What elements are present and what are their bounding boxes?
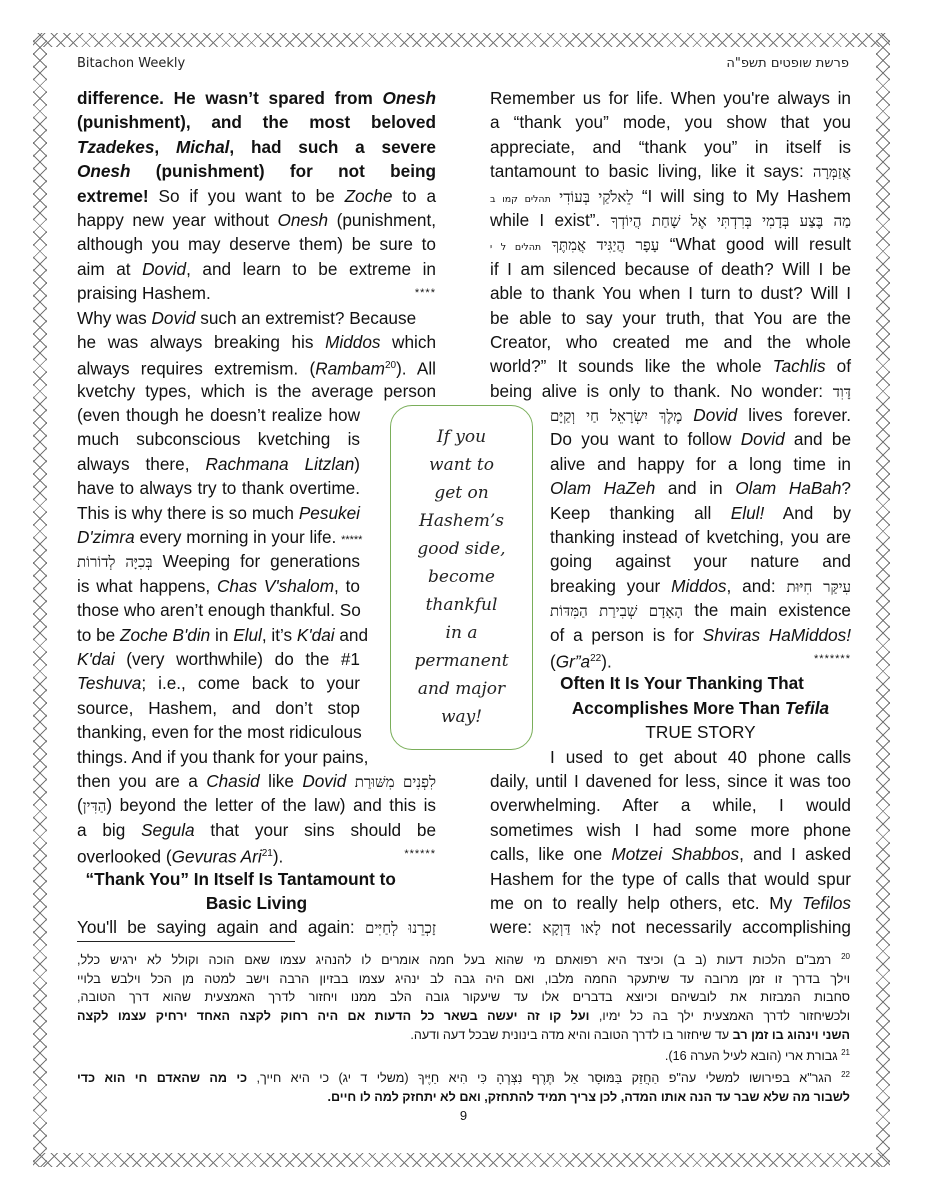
text-line: (even though he doesn’t realize how bbox=[77, 403, 360, 427]
section-heading: “Thank You” In Itself Is Tantamount to bbox=[77, 867, 436, 891]
text-line: תהלים קמו ב לֵאלֹקַי בְּעוֹדִי “I will s… bbox=[490, 184, 851, 208]
text-line: tantamount to basic living, like it says… bbox=[490, 159, 851, 183]
footnote-22: 22 הגר"א בפירושו למשלי עה"פ הַחֲזֵק בַּמ… bbox=[77, 1066, 850, 1088]
text-line: then you are a Chasid like Dovid לִפְנִי… bbox=[77, 769, 436, 793]
text-line: Olam HaZeh and in Olam HaBah? bbox=[490, 476, 851, 500]
text-line: Remember us for life. When you're always… bbox=[490, 86, 851, 110]
section-separator-stars: **** bbox=[415, 281, 436, 305]
border-left bbox=[33, 33, 47, 1167]
section-separator-stars: ****** bbox=[404, 842, 436, 866]
footnote-number: 20 bbox=[841, 952, 850, 961]
footnote-number: 21 bbox=[841, 1048, 850, 1057]
text-line: Hashem for the type of calls that would … bbox=[490, 867, 851, 891]
text-line: able to thank You when I turn to dust? W… bbox=[490, 281, 851, 305]
text-line: extreme! So if you want to be Zoche to a bbox=[77, 184, 436, 208]
text-line: have to always try to thank overtime. bbox=[77, 476, 360, 500]
source-citation: תהלים ל י bbox=[490, 242, 541, 253]
border-top bbox=[33, 33, 890, 47]
text-line: source, Hashem, and don’t stop bbox=[77, 696, 360, 720]
text-line: בְּכִיָּה לְדוֹרוֹת Weeping for generati… bbox=[77, 549, 360, 573]
section-heading: Accomplishes More Than Tefila bbox=[490, 696, 851, 720]
text-line: Why was Dovid such an extremist? Because bbox=[77, 306, 436, 330]
text-line: Onesh (punishment) for not being bbox=[77, 159, 436, 183]
text-line: sometimes wish I had some more phone bbox=[490, 818, 851, 842]
text-line: תהלים ל י עָפָר הֲיַגִּיד אֲמִתֶּךָ “Wha… bbox=[490, 232, 851, 256]
text-line: while I exist”. מַה בֶּצַע בְּדָמִי בְּר… bbox=[490, 208, 851, 232]
footnote-21: 21 גבורת ארי (הובא לעיל הערה 16). bbox=[77, 1044, 850, 1066]
text-line: if I am silenced because of death? Will … bbox=[490, 257, 851, 281]
header-publication-title: Bitachon Weekly bbox=[77, 56, 185, 71]
footnote-line: סחבות המבזות את לובשיהם וכיוצא בדברים אל… bbox=[77, 988, 850, 1007]
text-line: kvetchy types, which is the average pers… bbox=[77, 379, 436, 403]
text-line: difference. He wasn’t spared from Onesh bbox=[77, 86, 436, 110]
text-line: going against your nature and bbox=[490, 549, 851, 573]
footnote-line: וילך בדרך זו זמן מרובה עד שיתעקר החמה מל… bbox=[77, 970, 850, 989]
left-column: difference. He wasn’t spared from Onesh … bbox=[77, 86, 436, 940]
text-line: Tzadekes, Michal, had such a severe bbox=[77, 135, 436, 159]
text-line: were: לָאו דַּוְקָא not necessarily acco… bbox=[490, 915, 851, 939]
text-line: much subconscious kvetching is bbox=[77, 427, 360, 451]
text-line: is what happens, Chas V'shalom, to bbox=[77, 574, 360, 598]
text-line: (הַדִּין) beyond the letter of the law) … bbox=[77, 793, 436, 817]
text-line: overwhelming. After a while, I would bbox=[490, 793, 851, 817]
text-line: (Gr”a22).******* bbox=[490, 647, 851, 671]
header-parsha-title: פרשת שופטים תשפ"ה bbox=[726, 56, 849, 71]
text-line: things. And if you thank for your pains, bbox=[77, 745, 360, 769]
text-line: K'dai (very worthwhile) do the #1 bbox=[77, 647, 360, 671]
text-line: praising Hashem.**** bbox=[77, 281, 436, 305]
text-line: breaking your Middos, and: עִיקַּר חִיּו… bbox=[490, 574, 851, 598]
footnote-line: לשבור מה שלא שבר עד הנה אותו המדה, לכן צ… bbox=[77, 1088, 850, 1107]
text-line: thanking instead of kvetching, you are bbox=[490, 525, 851, 549]
section-heading: Basic Living bbox=[77, 891, 436, 915]
text-line: Teshuva; i.e., come back to your bbox=[77, 671, 360, 695]
text-line: daily, until I davened for less, since i… bbox=[490, 769, 851, 793]
text-line: always requires extremism. (Rambam20). A… bbox=[77, 354, 436, 378]
footnote-ref: 21 bbox=[262, 848, 273, 859]
right-column: Remember us for life. When you're always… bbox=[490, 86, 851, 940]
border-right bbox=[876, 33, 890, 1167]
footnote-line: ולכשיחזור לדרך האמצעית ילך בה כל ימיו, ו… bbox=[77, 1007, 850, 1026]
footnote-number: 22 bbox=[841, 1070, 850, 1079]
text-line: Creator, who created me and the whole bbox=[490, 330, 851, 354]
section-heading: Often It Is Your Thanking That bbox=[490, 671, 851, 695]
text-line: being alive is only to thank. No wonder:… bbox=[490, 379, 851, 403]
text-line: a “thank you” mode, you show that you bbox=[490, 110, 851, 134]
text-line: Keep thanking all Elul! And by bbox=[490, 501, 851, 525]
border-bottom bbox=[33, 1153, 890, 1167]
text-line: me on to really help others, etc. My Tef… bbox=[490, 891, 851, 915]
text-line: Do you want to follow Dovid and be bbox=[490, 427, 851, 451]
text-line: those who aren’t enough thankful. So bbox=[77, 598, 360, 622]
text-line: to be Zoche B'din in Elul, it’s K'dai an… bbox=[77, 623, 360, 647]
text-line: a big Segula that your sins should be bbox=[77, 818, 436, 842]
text-line: calls, like one Motzei Shabbos, and I as… bbox=[490, 842, 851, 866]
footnote-ref: 20 bbox=[385, 360, 396, 371]
footnote-line: השני וינהוג בו זמן רב עד שיחזור בו לדרך … bbox=[77, 1026, 850, 1045]
footnote-separator bbox=[77, 941, 295, 942]
text-line: הָאָדָם שְׁבִירַת הַמִּדּוֹת the main ex… bbox=[490, 598, 851, 622]
text-line: overlooked (Gevuras Ari21).****** bbox=[77, 842, 436, 866]
text-line: I used to get about 40 phone calls bbox=[490, 745, 851, 769]
text-line: thanking, even for the most ridiculous bbox=[77, 720, 360, 744]
text-line: alive and happy for a long time in bbox=[490, 452, 851, 476]
section-separator-stars: ***** bbox=[341, 534, 362, 546]
text-line: be able to say your truth, that You are … bbox=[490, 306, 851, 330]
text-line: (punishment), and the most beloved bbox=[77, 110, 436, 134]
text-line: always there, Rachmana Litzlan) bbox=[77, 452, 360, 476]
section-separator-stars: ******* bbox=[814, 647, 851, 671]
footnote-20: 20 רמב"ם הלכות דעות (ב ב) וכיצד היא רפוא… bbox=[77, 948, 850, 970]
text-line: מֶלֶךְ יִשְׂרָאֵל חַי וְקַיָּם Dovid liv… bbox=[490, 403, 851, 427]
text-line: aim at Dovid, and learn to be extreme in bbox=[77, 257, 436, 281]
footnotes: 20 רמב"ם הלכות דעות (ב ב) וכיצד היא רפוא… bbox=[77, 948, 850, 1106]
story-label: TRUE STORY bbox=[490, 720, 851, 744]
text-line: although you may deserve them) be sure t… bbox=[77, 232, 436, 256]
text-line: This is why there is so much Pesukei bbox=[77, 501, 360, 525]
page-number: 9 bbox=[0, 1108, 927, 1123]
text-line: of a person is for Shviras HaMiddos! bbox=[490, 623, 851, 647]
text-line: happy new year without Onesh (punishment… bbox=[77, 208, 436, 232]
text-line: D'zimra every morning in your life. ****… bbox=[77, 525, 360, 549]
text-line: appreciate, and “thank you” in itself is bbox=[490, 135, 851, 159]
source-citation: תהלים קמו ב bbox=[490, 194, 551, 205]
text-line: You'll be saying again and again: זָכְרֵ… bbox=[77, 915, 436, 939]
text-line: world?” It sounds like the whole Tachlis… bbox=[490, 354, 851, 378]
footnote-ref: 22 bbox=[590, 653, 601, 664]
text-line: he was always breaking his Middos which bbox=[77, 330, 436, 354]
